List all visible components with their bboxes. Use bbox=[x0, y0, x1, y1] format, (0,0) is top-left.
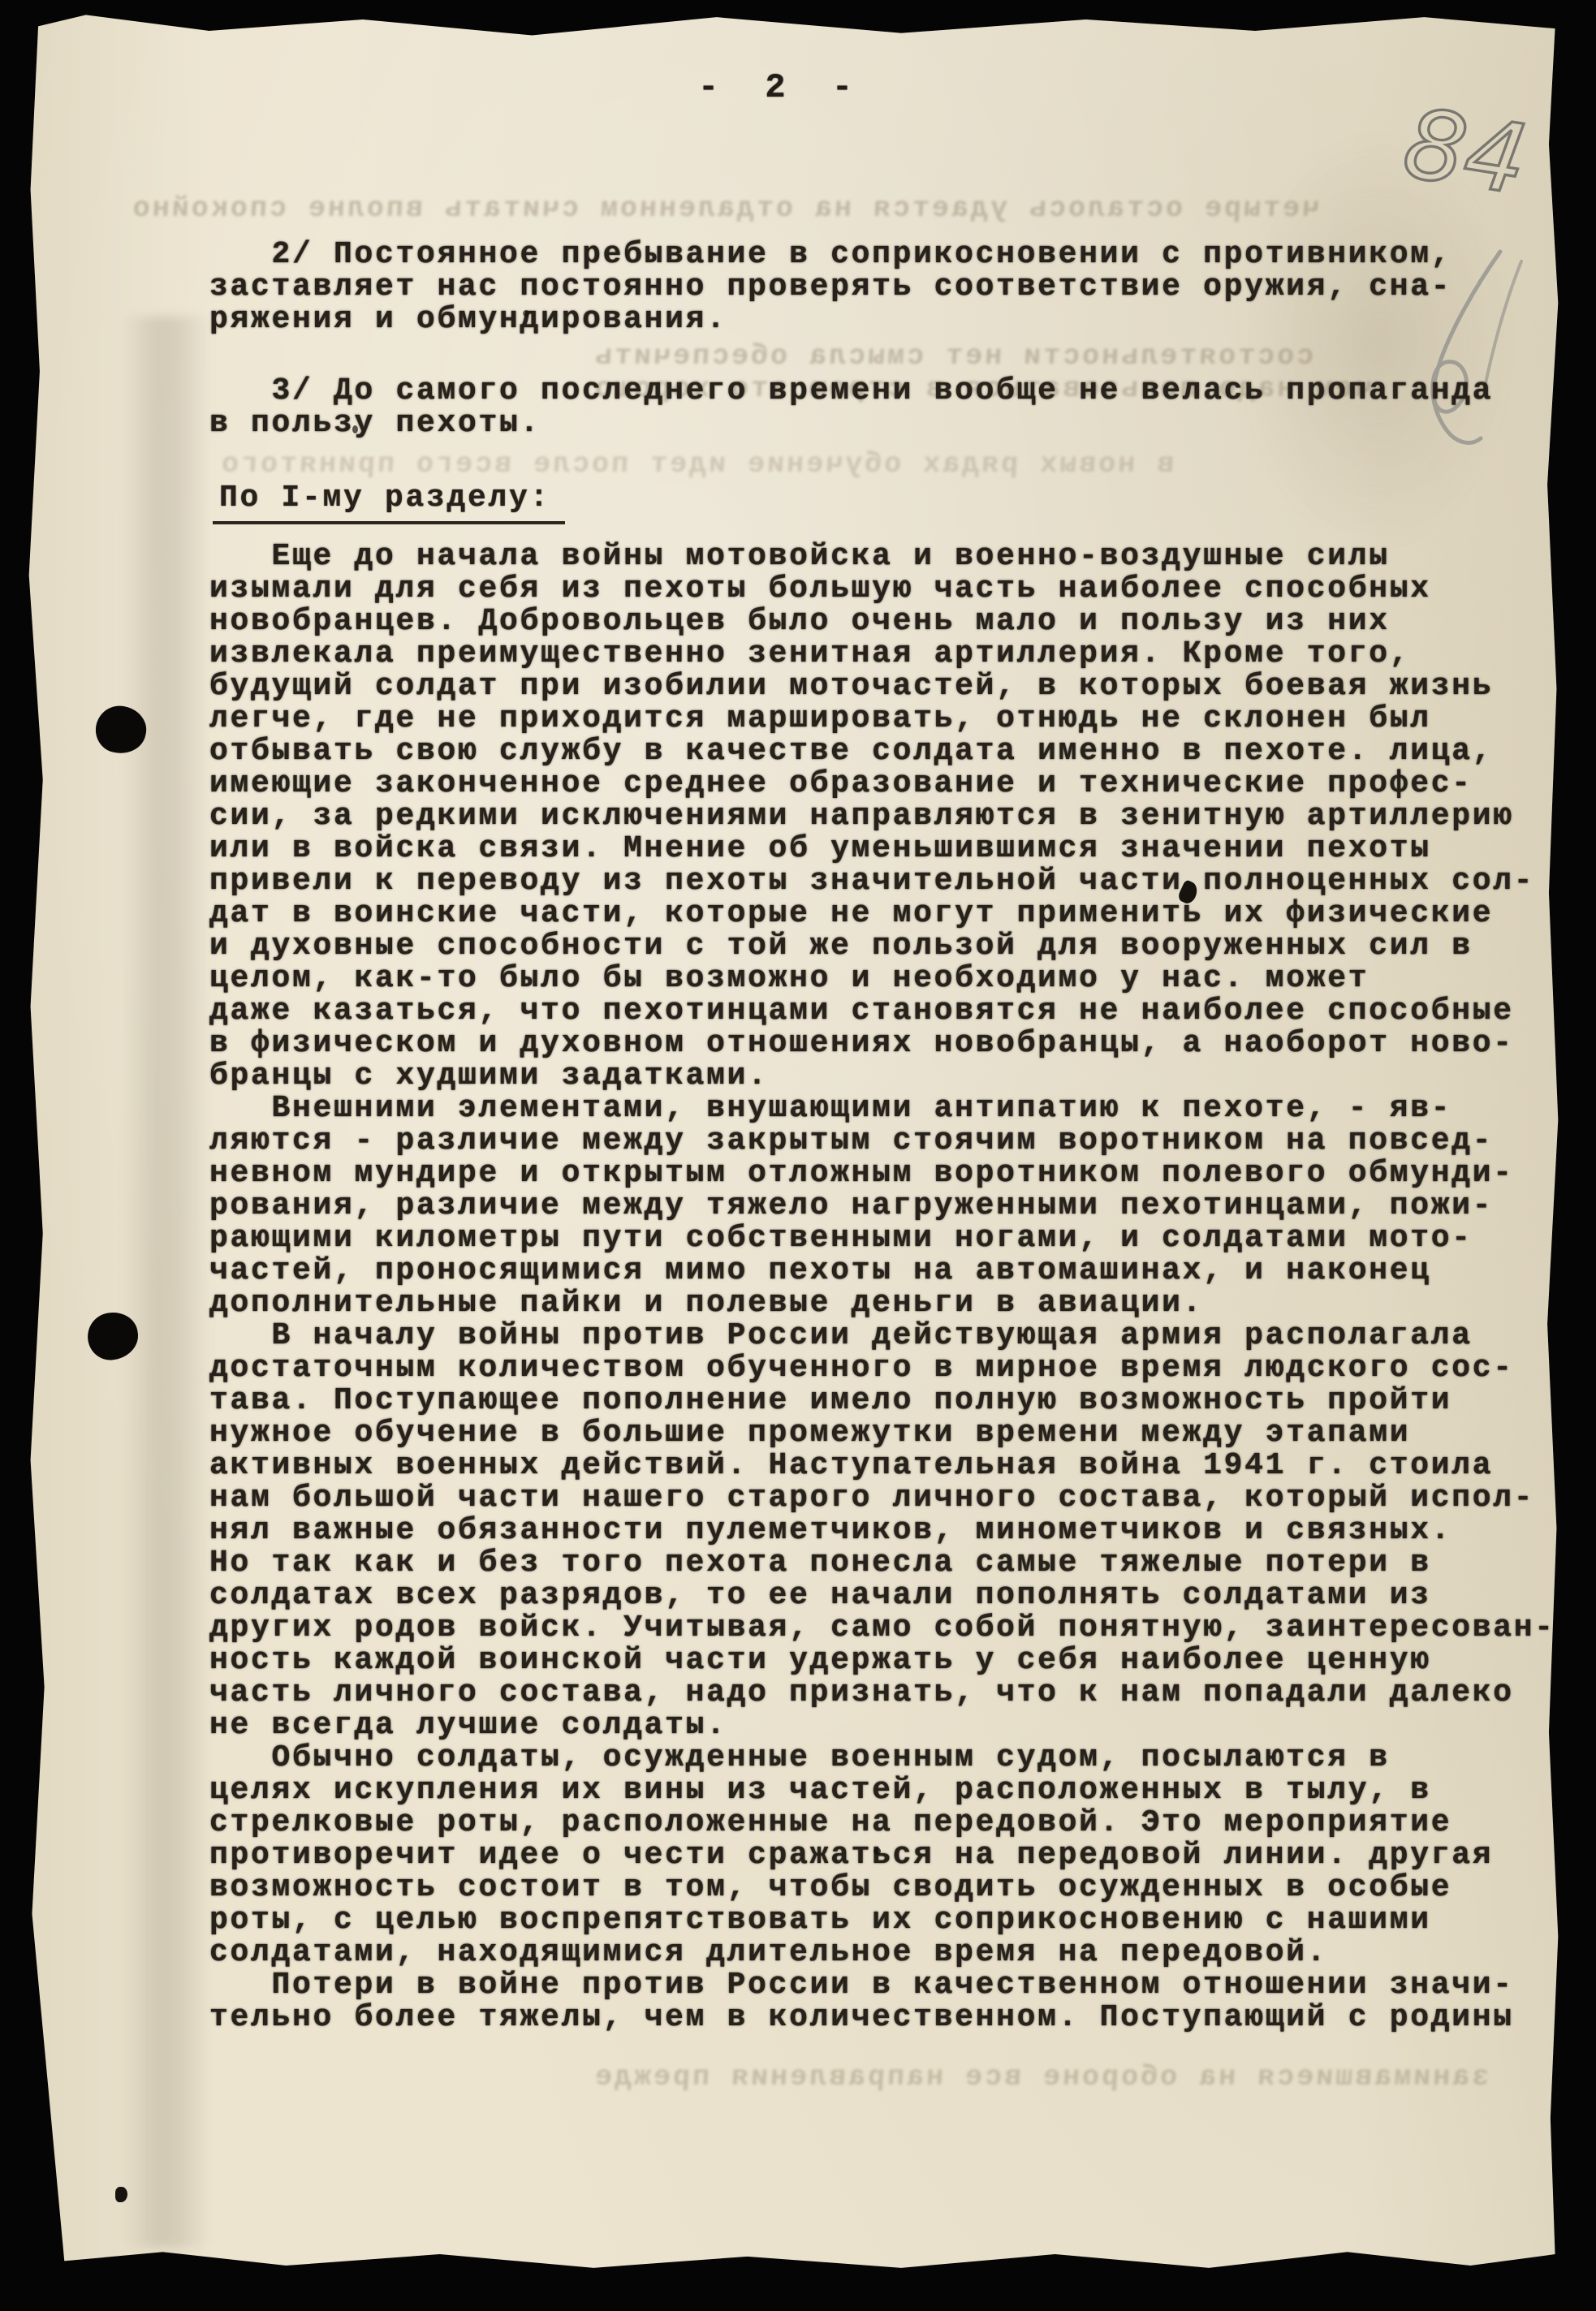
bleedthrough-text: состоятельности нет смысла обеспечить bbox=[592, 341, 1314, 372]
bleedthrough-text: в новых рядах обучение идет после всего … bbox=[218, 449, 1175, 480]
handwritten-page-number: 84 bbox=[1396, 65, 1567, 244]
ink-speck bbox=[352, 425, 358, 433]
paragraph-3: В началу войны против России действующая… bbox=[209, 1320, 1555, 1742]
document-page: четыре осталось удается на отдаленном сч… bbox=[24, 8, 1563, 2277]
page-number: - 2 - bbox=[698, 68, 865, 107]
paragraph-2: Внешними элементами, внушающими антипати… bbox=[209, 1093, 1555, 1320]
numbered-item-3: 3/ До самого последнего времени вообще н… bbox=[209, 375, 1493, 440]
paragraph-4: Обычно солдаты, осужденные военным судом… bbox=[209, 1742, 1555, 1969]
ink-speck bbox=[873, 1848, 881, 1855]
paragraph-5: Потери в войне против России в качествен… bbox=[209, 1969, 1555, 2034]
body-text: Еще до начала войны мотовойска и военно-… bbox=[209, 541, 1555, 2034]
bleedthrough-text: четыре осталось удается на отдаленном сч… bbox=[198, 193, 1320, 224]
ink-speck bbox=[523, 310, 529, 317]
section-heading-text: По I-му разделу: bbox=[213, 482, 565, 524]
section-heading: По I-му разделу: bbox=[213, 482, 565, 524]
scanner-background: четыре осталось удается на отдаленном сч… bbox=[0, 0, 1596, 2311]
fold-shadow bbox=[122, 317, 211, 2248]
paragraph-1: Еще до начала войны мотовойска и военно-… bbox=[209, 541, 1555, 1093]
numbered-item-2: 2/ Постоянное пребывание в соприкосновен… bbox=[209, 239, 1451, 336]
bleedthrough-text: занимавшиеся на обороне все направления … bbox=[592, 2062, 1490, 2093]
svg-text:84: 84 bbox=[1396, 87, 1534, 217]
